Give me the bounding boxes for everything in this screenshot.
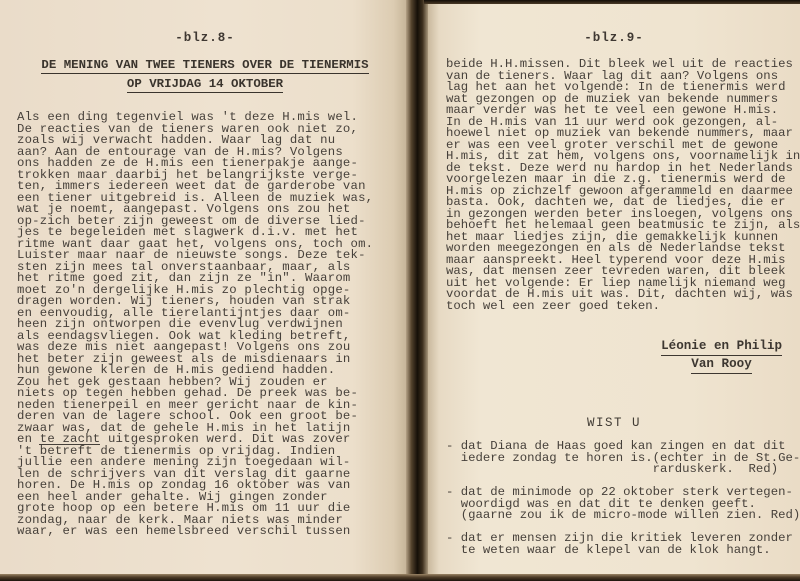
author-signature-line2: Van Rooy (691, 357, 751, 374)
author-signature: Léonie en Philip Van Rooy (661, 339, 782, 375)
page-right-blz9: -blz.9- beide H.H.missen. Dit bleek wel … (428, 0, 800, 581)
page-gutter-shadow (406, 0, 428, 581)
article-title-line2: OP VRIJDAG 14 OKTOBER (127, 77, 283, 93)
wist-u-heading: WIST U (428, 416, 800, 430)
scanned-booklet-spread: -blz.8- DE MENING VAN TWEE TIENERS OVER … (0, 0, 800, 581)
page-number-left: -blz.8- (0, 31, 410, 45)
wist-u-list: - dat Diana de Haas goed kan zingen en d… (446, 441, 798, 556)
article-title: DE MENING VAN TWEE TIENERS OVER DE TIENE… (0, 56, 410, 94)
article-title-line1: DE MENING VAN TWEE TIENERS OVER DE TIENE… (41, 58, 368, 74)
article-body-right: beide H.H.missen. Dit bleek wel uit de r… (446, 59, 798, 312)
photo-top-edge (424, 0, 800, 4)
page-left-blz8: -blz.8- DE MENING VAN TWEE TIENERS OVER … (0, 0, 410, 581)
underline-te-zacht (39, 444, 100, 445)
page-number-right: -blz.9- (428, 31, 800, 45)
article-body-left: Als een ding tegenviel was 't deze H.mis… (17, 112, 397, 538)
author-signature-line1: Léonie en Philip (661, 339, 782, 356)
photo-bottom-edge (0, 574, 800, 581)
